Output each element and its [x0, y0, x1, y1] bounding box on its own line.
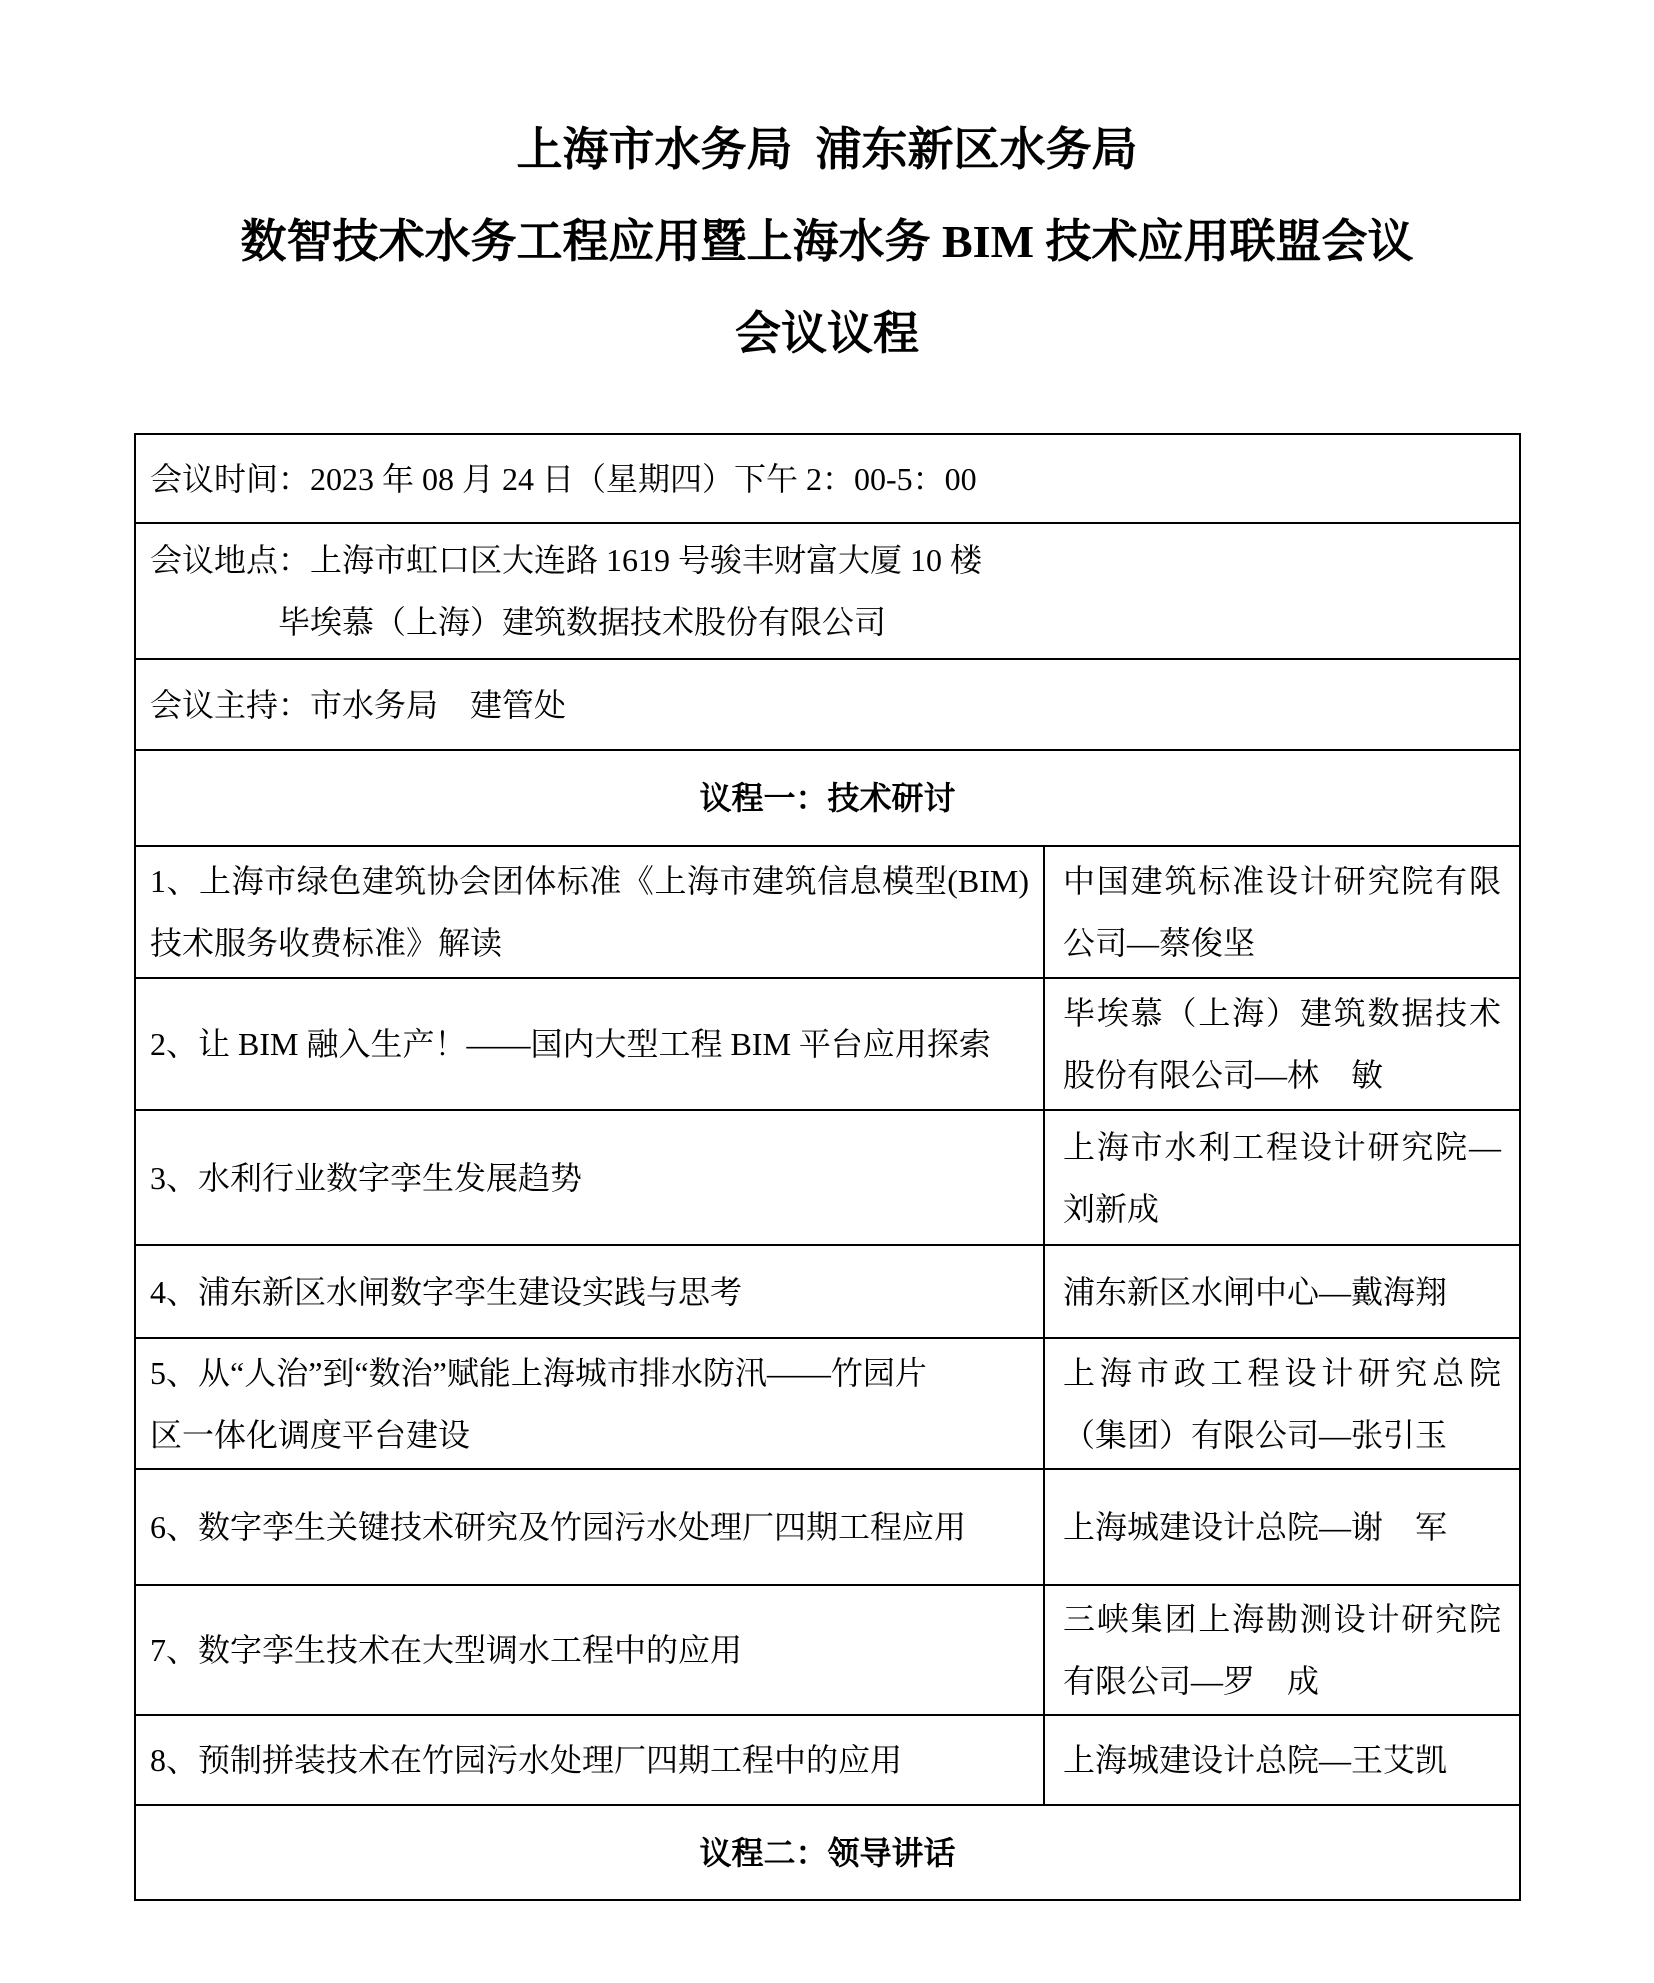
agenda-item-2-topic: 2、让 BIM 融入生产！——国内大型工程 BIM 平台应用探索 [135, 978, 1044, 1110]
document-title-block: 上海市水务局 浦东新区水务局 数智技术水务工程应用暨上海水务 BIM 技术应用联… [0, 0, 1654, 380]
agenda-item-row-7: 7、数字孪生技术在大型调水工程中的应用 三峡集团上海勘测设计研究院有限公司—罗 … [135, 1585, 1520, 1715]
agenda-item-7-speaker: 三峡集团上海勘测设计研究院有限公司—罗 成 [1044, 1585, 1520, 1715]
agenda-item-7-topic: 7、数字孪生技术在大型调水工程中的应用 [135, 1585, 1044, 1715]
title-line-organizations: 上海市水务局 浦东新区水务局 [0, 104, 1654, 196]
agenda-item-row-4: 4、浦东新区水闸数字孪生建设实践与思考 浦东新区水闸中心—戴海翔 [135, 1245, 1520, 1338]
agenda-item-1-speaker: 中国建筑标准设计研究院有限公司—蔡俊坚 [1044, 846, 1520, 978]
meeting-time: 会议时间：2023 年 08 月 24 日（星期四）下午 2：00-5：00 [135, 434, 1520, 523]
agenda-item-row-5: 5、从“人治”到“数治”赋能上海城市排水防汛——竹园片 区一体化调度平台建设 上… [135, 1338, 1520, 1469]
agenda-item-8-speaker: 上海城建设计总院—王艾凯 [1044, 1715, 1520, 1805]
agenda-item-row-2: 2、让 BIM 融入生产！——国内大型工程 BIM 平台应用探索 毕埃慕（上海）… [135, 978, 1520, 1110]
section-1-heading: 议程一：技术研讨 [135, 750, 1520, 846]
agenda-item-5-topic: 5、从“人治”到“数治”赋能上海城市排水防汛——竹园片 区一体化调度平台建设 [135, 1338, 1044, 1469]
section-2-heading: 议程二：领导讲话 [135, 1805, 1520, 1900]
section-1-row: 议程一：技术研讨 [135, 750, 1520, 846]
agenda-item-5-speaker: 上海市政工程设计研究总院（集团）有限公司—张引玉 [1044, 1338, 1520, 1469]
agenda-item-4-topic: 4、浦东新区水闸数字孪生建设实践与思考 [135, 1245, 1044, 1338]
agenda-item-4-speaker: 浦东新区水闸中心—戴海翔 [1044, 1245, 1520, 1338]
meeting-host: 会议主持：市水务局 建管处 [135, 659, 1520, 750]
agenda-item-1-topic: 1、上海市绿色建筑协会团体标准《上海市建筑信息模型(BIM)技术服务收费标准》解… [135, 846, 1044, 978]
agenda-item-row-8: 8、预制拼装技术在竹园污水处理厂四期工程中的应用 上海城建设计总院—王艾凯 [135, 1715, 1520, 1805]
agenda-item-6-speaker: 上海城建设计总院—谢 军 [1044, 1469, 1520, 1585]
title-line-conference-name: 数智技术水务工程应用暨上海水务 BIM 技术应用联盟会议 [0, 196, 1654, 288]
agenda-item-3-speaker: 上海市水利工程设计研究院—刘新成 [1044, 1110, 1520, 1245]
section-2-row: 议程二：领导讲话 [135, 1805, 1520, 1900]
meeting-place-row: 会议地点：上海市虹口区大连路 1619 号骏丰财富大厦 10 楼 毕埃慕（上海）… [135, 523, 1520, 659]
agenda-item-3-topic: 3、水利行业数字孪生发展趋势 [135, 1110, 1044, 1245]
agenda-item-8-topic: 8、预制拼装技术在竹园污水处理厂四期工程中的应用 [135, 1715, 1044, 1805]
agenda-item-2-speaker: 毕埃慕（上海）建筑数据技术股份有限公司—林 敏 [1044, 978, 1520, 1110]
meeting-time-row: 会议时间：2023 年 08 月 24 日（星期四）下午 2：00-5：00 [135, 434, 1520, 523]
agenda-table: 会议时间：2023 年 08 月 24 日（星期四）下午 2：00-5：00 会… [134, 433, 1521, 1901]
meeting-host-row: 会议主持：市水务局 建管处 [135, 659, 1520, 750]
agenda-item-row-6: 6、数字孪生关键技术研究及竹园污水处理厂四期工程应用 上海城建设计总院—谢 军 [135, 1469, 1520, 1585]
document-page: 上海市水务局 浦东新区水务局 数智技术水务工程应用暨上海水务 BIM 技术应用联… [0, 0, 1654, 1983]
meeting-place: 会议地点：上海市虹口区大连路 1619 号骏丰财富大厦 10 楼 毕埃慕（上海）… [135, 523, 1520, 659]
agenda-item-6-topic: 6、数字孪生关键技术研究及竹园污水处理厂四期工程应用 [135, 1469, 1044, 1585]
title-line-agenda-label: 会议议程 [0, 288, 1654, 380]
agenda-item-row-1: 1、上海市绿色建筑协会团体标准《上海市建筑信息模型(BIM)技术服务收费标准》解… [135, 846, 1520, 978]
agenda-item-row-3: 3、水利行业数字孪生发展趋势 上海市水利工程设计研究院—刘新成 [135, 1110, 1520, 1245]
